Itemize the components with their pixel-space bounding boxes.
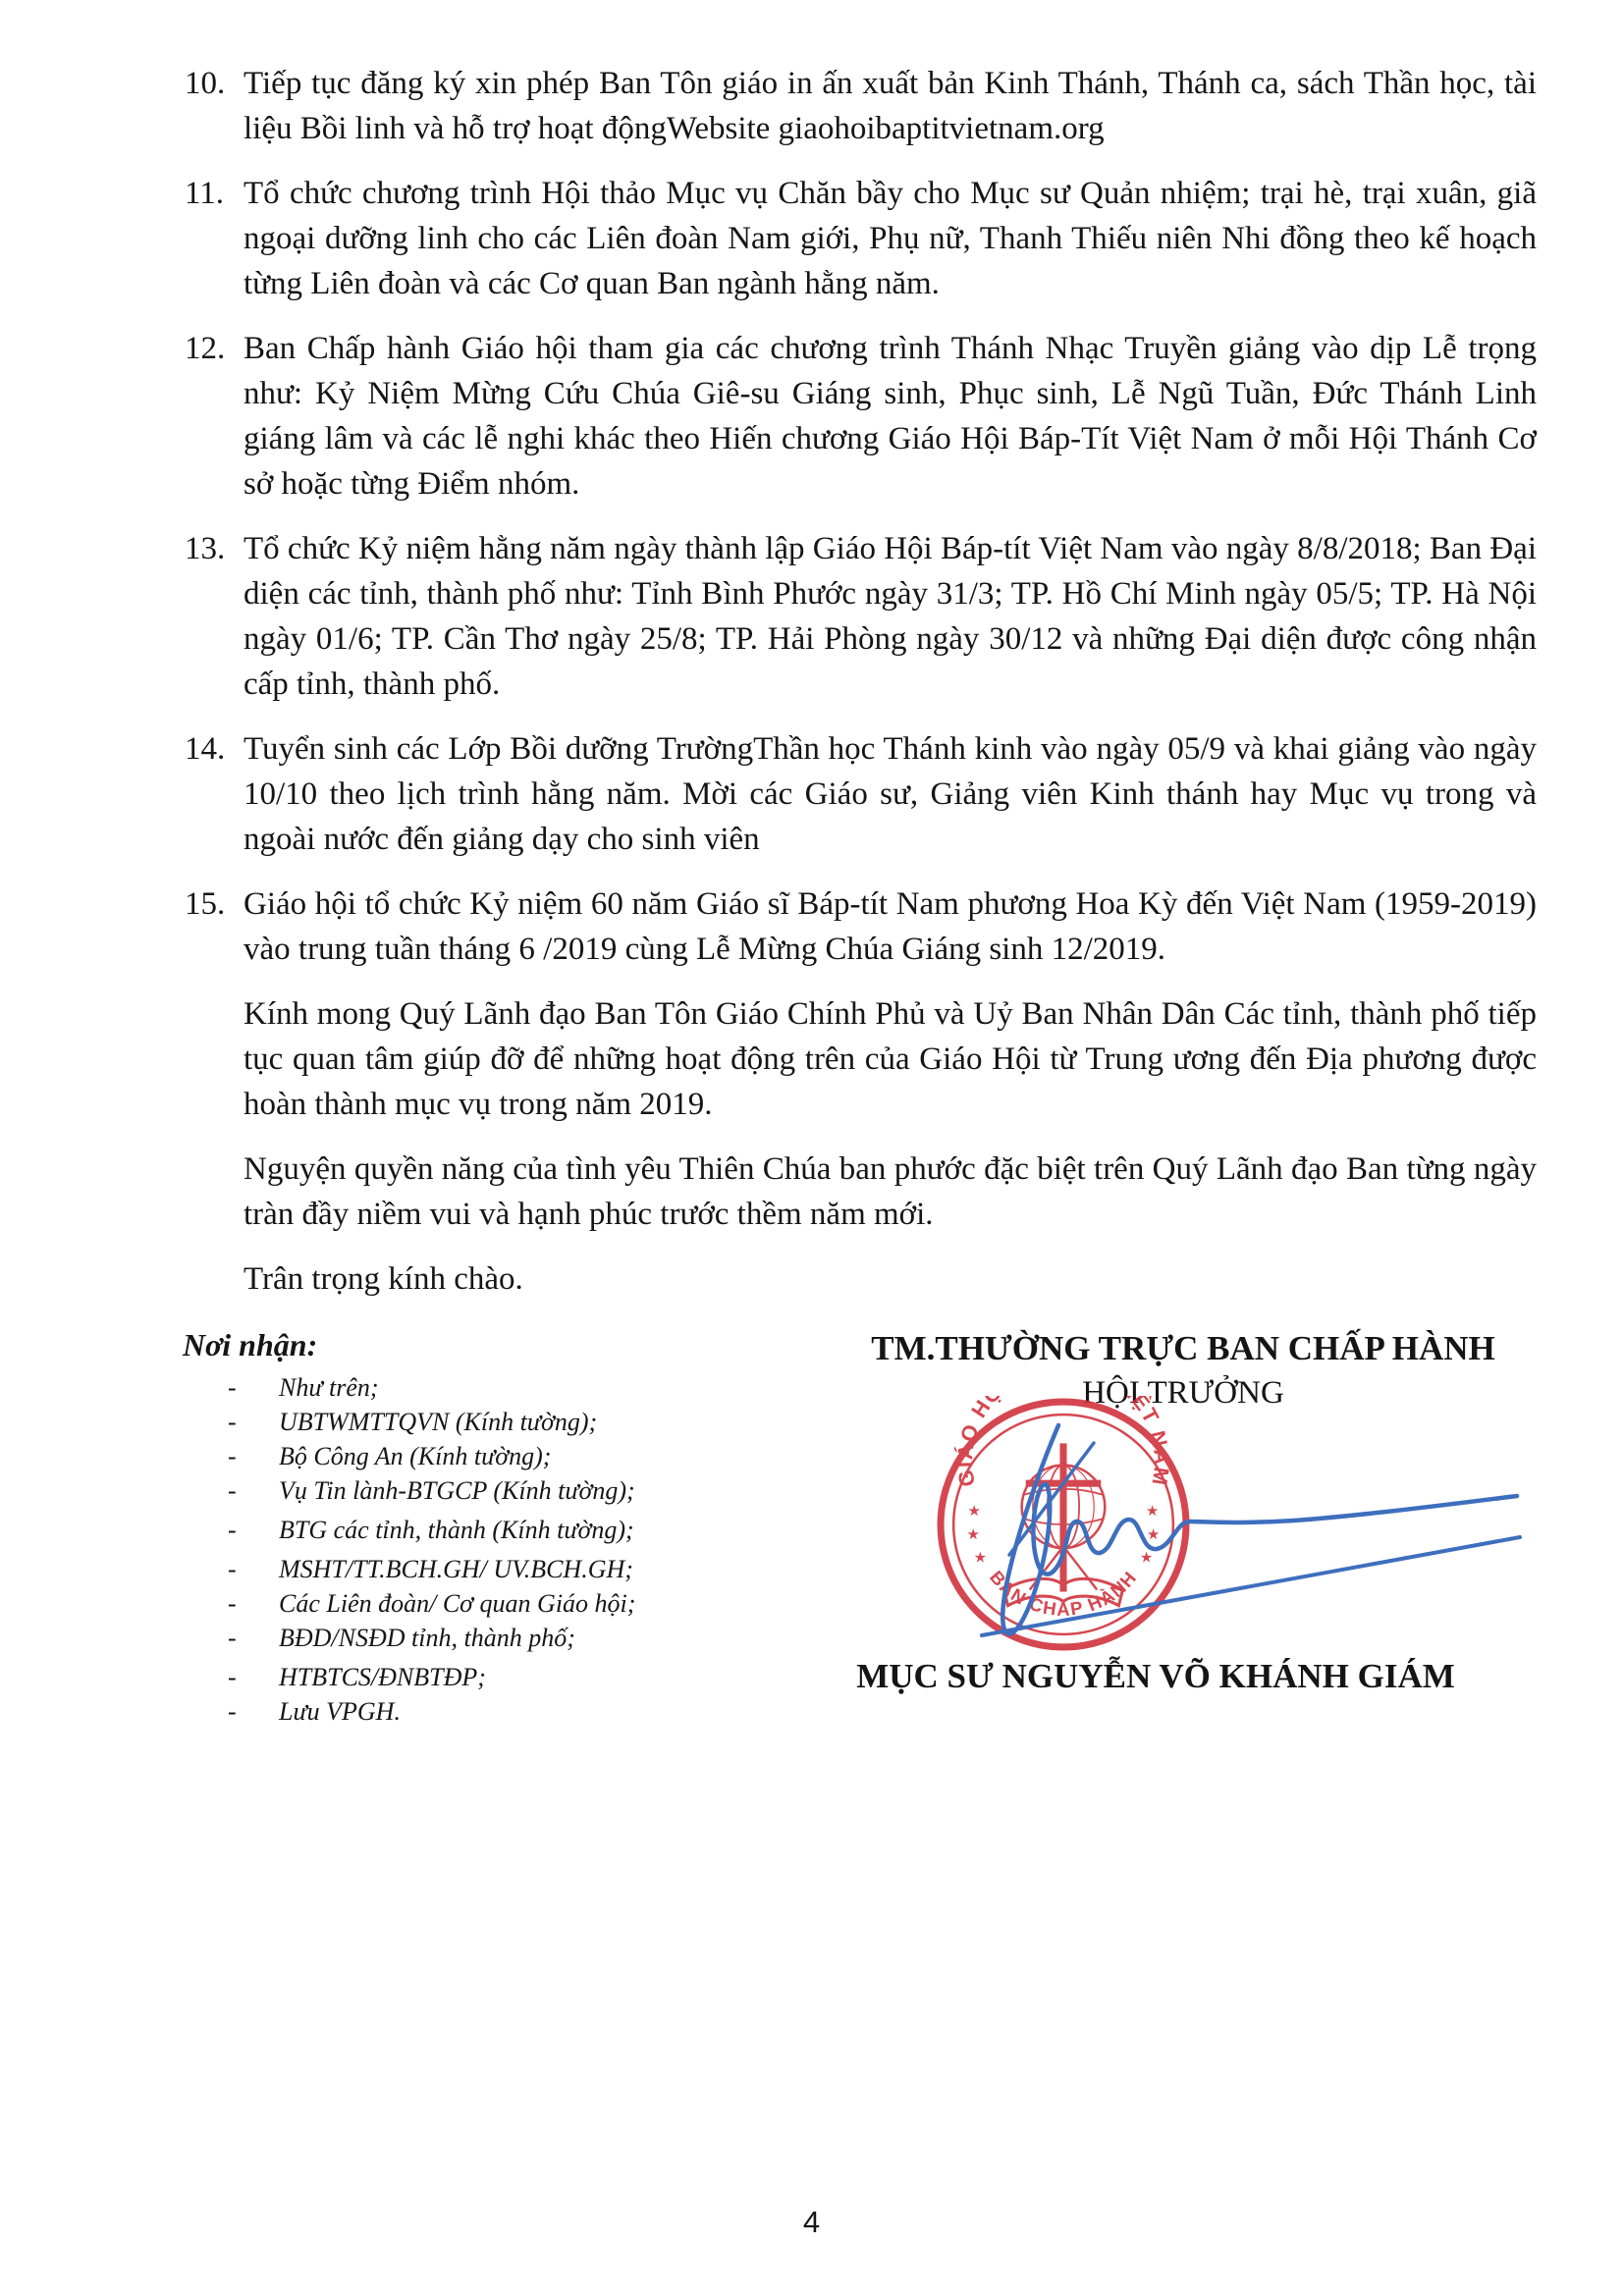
recipient-item: -Các Liên đoàn/ Cơ quan Giáo hội; — [183, 1586, 732, 1621]
recipient-dash: - — [228, 1370, 279, 1405]
recipient-dash: - — [228, 1552, 279, 1586]
list-item: 15. Giáo hội tổ chức Kỷ niệm 60 năm Giáo… — [185, 881, 1537, 972]
recipient-text: Vụ Tin lành-BTGCP (Kính tường); — [279, 1473, 635, 1508]
recipient-item: -Bộ Công An (Kính tường); — [183, 1439, 732, 1473]
recipient-item: -UBTWMTTQVN (Kính tường); — [183, 1405, 732, 1439]
recipient-dash: - — [228, 1473, 279, 1508]
list-item-number: 11. — [185, 171, 243, 306]
signer-name: MỤC SƯ NGUYỄN VÕ KHÁNH GIÁM — [825, 1655, 1487, 1698]
recipient-item: -MSHT/TT.BCH.GH/ UV.BCH.GH; — [183, 1552, 732, 1586]
recipient-item: -Lưu VPGH. — [183, 1694, 732, 1729]
recipient-item: -BĐD/NSĐD tỉnh, thành phố; — [183, 1621, 732, 1655]
recipient-text: BTG các tỉnh, thành (Kính tường); — [279, 1513, 634, 1547]
recipient-item: -HTBTCS/ĐNBTĐP; — [183, 1660, 732, 1694]
list-item-text: Ban Chấp hành Giáo hội tham gia các chươ… — [243, 326, 1537, 507]
list-item-text: Giáo hội tổ chức Kỷ niệm 60 năm Giáo sĩ … — [243, 881, 1537, 972]
recipient-dash: - — [228, 1586, 279, 1621]
signature-main-stroke — [1002, 1425, 1517, 1634]
recipient-text: Lưu VPGH. — [279, 1694, 401, 1729]
list-item-number: 12. — [185, 326, 243, 507]
list-item: 13. Tổ chức Kỷ niệm hằng năm ngày thành … — [185, 526, 1537, 707]
recipient-item: -Như trên; — [183, 1370, 732, 1405]
recipients-list: -Như trên; -UBTWMTTQVN (Kính tường); -Bộ… — [183, 1370, 732, 1729]
recipient-dash: - — [228, 1439, 279, 1473]
recipient-dash: - — [228, 1660, 279, 1694]
signature-block: TM.THƯỜNG TRỰC BAN CHẤP HÀNH HỘI TRƯỞNG … — [825, 1327, 1542, 1698]
recipients-heading: Nơi nhận: — [183, 1325, 732, 1364]
recipient-text: Các Liên đoàn/ Cơ quan Giáo hội; — [279, 1586, 635, 1621]
closing-salutation: Trân trọng kính chào. — [243, 1256, 1537, 1302]
page-number: 4 — [0, 2205, 1623, 2240]
appeal-paragraph: Kính mong Quý Lãnh đạo Ban Tôn Giáo Chín… — [243, 991, 1537, 1127]
list-item: 10. Tiếp tục đăng ký xin phép Ban Tôn gi… — [185, 61, 1537, 151]
list-item-text: Tuyển sinh các Lớp Bồi dưỡng TrườngThần … — [243, 726, 1537, 862]
list-item-text: Tổ chức Kỷ niệm hằng năm ngày thành lập … — [243, 526, 1537, 707]
letter-body: 10. Tiếp tục đăng ký xin phép Ban Tôn gi… — [185, 61, 1537, 1302]
recipient-dash: - — [228, 1694, 279, 1729]
recipient-item: -Vụ Tin lành-BTGCP (Kính tường); — [183, 1473, 732, 1508]
list-item-text: Tiếp tục đăng ký xin phép Ban Tôn giáo i… — [243, 61, 1537, 151]
seal-and-signature-area: GIÁO HỘI BÁP-TÍT VIỆT NAM BAN CHẤP HÀNH … — [825, 1415, 1542, 1655]
recipients-block: Nơi nhận: -Như trên; -UBTWMTTQVN (Kính t… — [183, 1325, 732, 1729]
recipient-dash: - — [228, 1405, 279, 1439]
recipient-text: UBTWMTTQVN (Kính tường); — [279, 1405, 597, 1439]
list-item-number: 10. — [185, 61, 243, 151]
recipient-text: MSHT/TT.BCH.GH/ UV.BCH.GH; — [279, 1552, 633, 1586]
recipient-item: -BTG các tỉnh, thành (Kính tường); — [183, 1513, 732, 1547]
signature-cross-stroke — [1009, 1443, 1094, 1555]
recipient-text: BĐD/NSĐD tỉnh, thành phố; — [279, 1621, 575, 1655]
recipient-dash: - — [228, 1621, 279, 1655]
signing-committee-line: TM.THƯỜNG TRỰC BAN CHẤP HÀNH — [825, 1327, 1542, 1370]
handwritten-signature — [911, 1406, 1540, 1657]
list-item-text: Tổ chức chương trình Hội thảo Mục vụ Chă… — [243, 171, 1537, 306]
document-page: 10. Tiếp tục đăng ký xin phép Ban Tôn gi… — [0, 0, 1623, 2296]
list-item: 11. Tổ chức chương trình Hội thảo Mục vụ… — [185, 171, 1537, 306]
recipient-dash: - — [228, 1513, 279, 1547]
list-item: 12. Ban Chấp hành Giáo hội tham gia các … — [185, 326, 1537, 507]
list-item-number: 13. — [185, 526, 243, 707]
list-item-number: 14. — [185, 726, 243, 862]
list-item-number: 15. — [185, 881, 243, 972]
list-item: 14. Tuyển sinh các Lớp Bồi dưỡng TrườngT… — [185, 726, 1537, 862]
recipient-text: Bộ Công An (Kính tường); — [279, 1439, 551, 1473]
recipient-text: HTBTCS/ĐNBTĐP; — [279, 1660, 486, 1694]
recipient-text: Như trên; — [279, 1370, 379, 1405]
blessing-paragraph: Nguyện quyền năng của tình yêu Thiên Chú… — [243, 1147, 1537, 1237]
